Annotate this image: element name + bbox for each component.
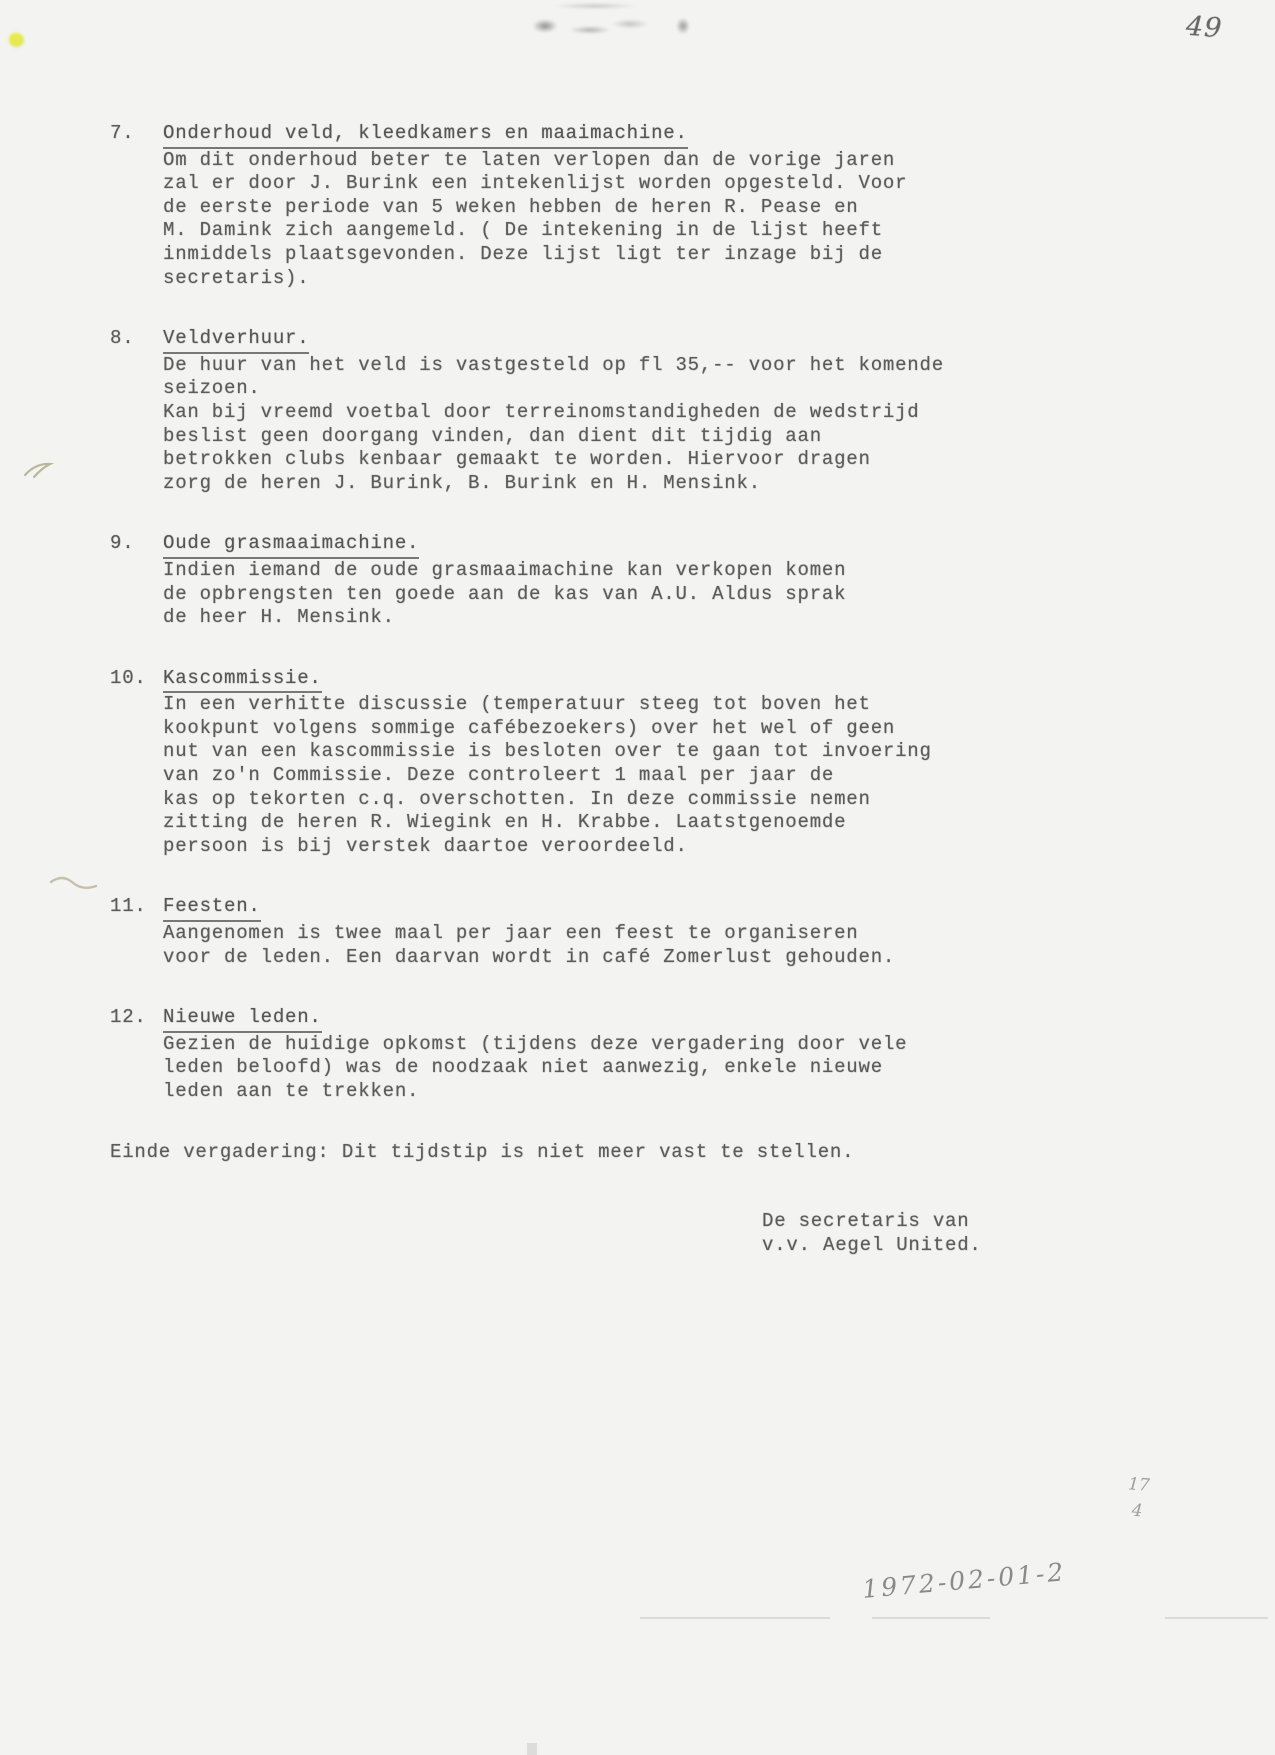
item-heading: Onderhoud veld, kleedkamers en maaimachi… [163, 122, 688, 149]
faded-stamp-smudge [505, 0, 720, 38]
item-text: Veldverhuur. De huur van het veld is vas… [163, 327, 1095, 495]
item-text: Nieuwe leden. Gezien de huidige opkomst … [163, 1006, 1095, 1103]
item-number: 10. [110, 667, 163, 691]
pencil-squiggle-mark [48, 872, 100, 898]
item-heading: Feesten. [163, 895, 261, 922]
item-body: In een verhitte discussie (temperatuur s… [163, 693, 1095, 858]
item-heading: Oude grasmaaimachine. [163, 532, 419, 559]
item-text: Onderhoud veld, kleedkamers en maaimachi… [163, 122, 1095, 290]
scan-artifact-fleck [527, 1743, 537, 1755]
handwritten-page-number: 49 [1185, 11, 1223, 44]
minutes-item: 7. Onderhoud veld, kleedkamers en maaima… [110, 122, 1095, 290]
signature-block: De secretaris van v.v. Aegel United. [762, 1210, 1095, 1257]
minutes-item: 12. Nieuwe leden. Gezien de huidige opko… [110, 1006, 1095, 1103]
yellow-paper-spot [9, 33, 24, 47]
signature-line-role: De secretaris van [762, 1210, 1095, 1234]
item-heading: Veldverhuur. [163, 327, 309, 354]
scanned-document-page: 49 7. Onderhoud veld, kleedkamers en maa… [0, 0, 1275, 1755]
item-number: 8. [110, 327, 163, 351]
minutes-item-list: 7. Onderhoud veld, kleedkamers en maaima… [110, 122, 1095, 1104]
scan-artifact-line [640, 1617, 830, 1619]
handwritten-date-note: 1972-02-01-2 [861, 1557, 1067, 1604]
item-body: Gezien de huidige opkomst (tijdens deze … [163, 1033, 1095, 1104]
item-number: 9. [110, 532, 163, 556]
edge-pencil-marks: 17 4 [1116, 1471, 1160, 1526]
item-heading: Kascommissie. [163, 667, 322, 694]
minutes-item: 11. Feesten. Aangenomen is twee maal per… [110, 895, 1095, 969]
edge-mark-top: 17 [1118, 1471, 1160, 1500]
item-number: 11. [110, 895, 163, 919]
edge-mark-bottom: 4 [1116, 1497, 1158, 1526]
scan-artifact-line [872, 1617, 990, 1619]
item-text: Feesten. Aangenomen is twee maal per jaa… [163, 895, 1095, 969]
item-body: Om dit onderhoud beter te laten verlopen… [163, 149, 1095, 291]
item-body: De huur van het veld is vastgesteld op f… [163, 354, 1095, 496]
minutes-item: 8. Veldverhuur. De huur van het veld is … [110, 327, 1095, 495]
typed-content: 7. Onderhoud veld, kleedkamers en maaima… [110, 122, 1095, 1257]
pencil-check-mark [22, 455, 68, 483]
signature-line-club: v.v. Aegel United. [762, 1234, 1095, 1258]
item-number: 7. [110, 122, 163, 146]
minutes-item: 10. Kascommissie. In een verhitte discus… [110, 667, 1095, 859]
item-text: Oude grasmaaimachine. Indien iemand de o… [163, 532, 1095, 629]
minutes-item: 9. Oude grasmaaimachine. Indien iemand d… [110, 532, 1095, 629]
item-text: Kascommissie. In een verhitte discussie … [163, 667, 1095, 859]
item-number: 12. [110, 1006, 163, 1030]
item-heading: Nieuwe leden. [163, 1006, 322, 1033]
scan-artifact-line [1165, 1617, 1268, 1619]
item-body: Aangenomen is twee maal per jaar een fee… [163, 922, 1095, 969]
item-body: Indien iemand de oude grasmaaimachine ka… [163, 559, 1095, 630]
closing-line: Einde vergadering: Dit tijdstip is niet … [110, 1141, 1095, 1165]
